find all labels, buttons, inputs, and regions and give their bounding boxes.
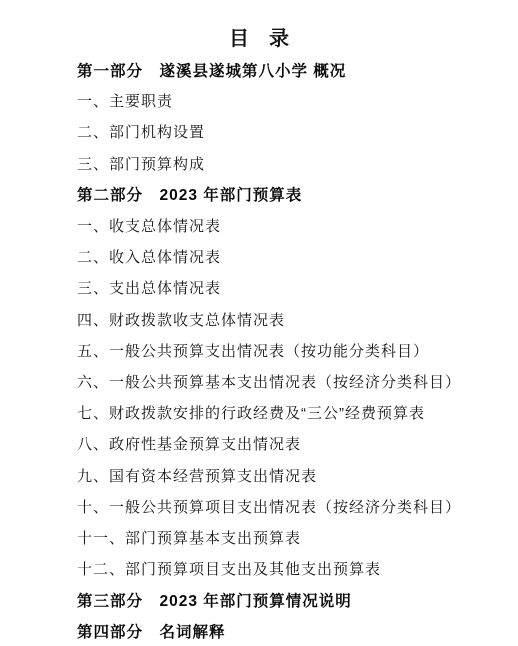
toc-entry: 三、支出总体情况表 — [77, 272, 508, 303]
toc-entry: 三、部门预算构成 — [77, 148, 508, 179]
toc-entry: 一、收支总体情况表 — [77, 210, 508, 241]
toc-entry: 二、部门机构设置 — [77, 116, 508, 147]
toc-list: 第一部分 遂溪县遂城第八小学 概况 一、主要职责 二、部门机构设置 三、部门预算… — [0, 54, 518, 646]
toc-entry: 十一、部门预算基本支出预算表 — [77, 522, 508, 553]
document-title: 目 录 — [0, 26, 518, 52]
toc-entry: 五、一般公共预算支出情况表（按功能分类科目） — [77, 335, 508, 366]
toc-entry: 十、一般公共预算项目支出情况表（按经济分类科目） — [77, 491, 508, 522]
toc-entry: 二、收入总体情况表 — [77, 241, 508, 272]
toc-entry: 十二、部门预算项目支出及其他支出预算表 — [77, 553, 508, 584]
toc-page: 目 录 第一部分 遂溪县遂城第八小学 概况 一、主要职责 二、部门机构设置 三、… — [0, 0, 518, 646]
toc-entry: 一、主要职责 — [77, 85, 508, 116]
toc-entry: 八、政府性基金预算支出情况表 — [77, 428, 508, 459]
toc-section-heading-2: 第二部分 2023 年部门预算表 — [77, 179, 508, 210]
toc-entry: 九、国有资本经营预算支出情况表 — [77, 459, 508, 490]
toc-entry: 四、财政拨款收支总体情况表 — [77, 304, 508, 335]
toc-section-heading-3: 第三部分 2023 年部门预算情况说明 — [77, 584, 508, 615]
toc-section-heading-1: 第一部分 遂溪县遂城第八小学 概况 — [77, 54, 508, 85]
toc-entry: 七、财政拨款安排的行政经费及“三公”经费预算表 — [77, 397, 508, 428]
toc-section-heading-4: 第四部分 名词解释 — [77, 615, 508, 646]
toc-entry: 六、一般公共预算基本支出情况表（按经济分类科目） — [77, 366, 508, 397]
